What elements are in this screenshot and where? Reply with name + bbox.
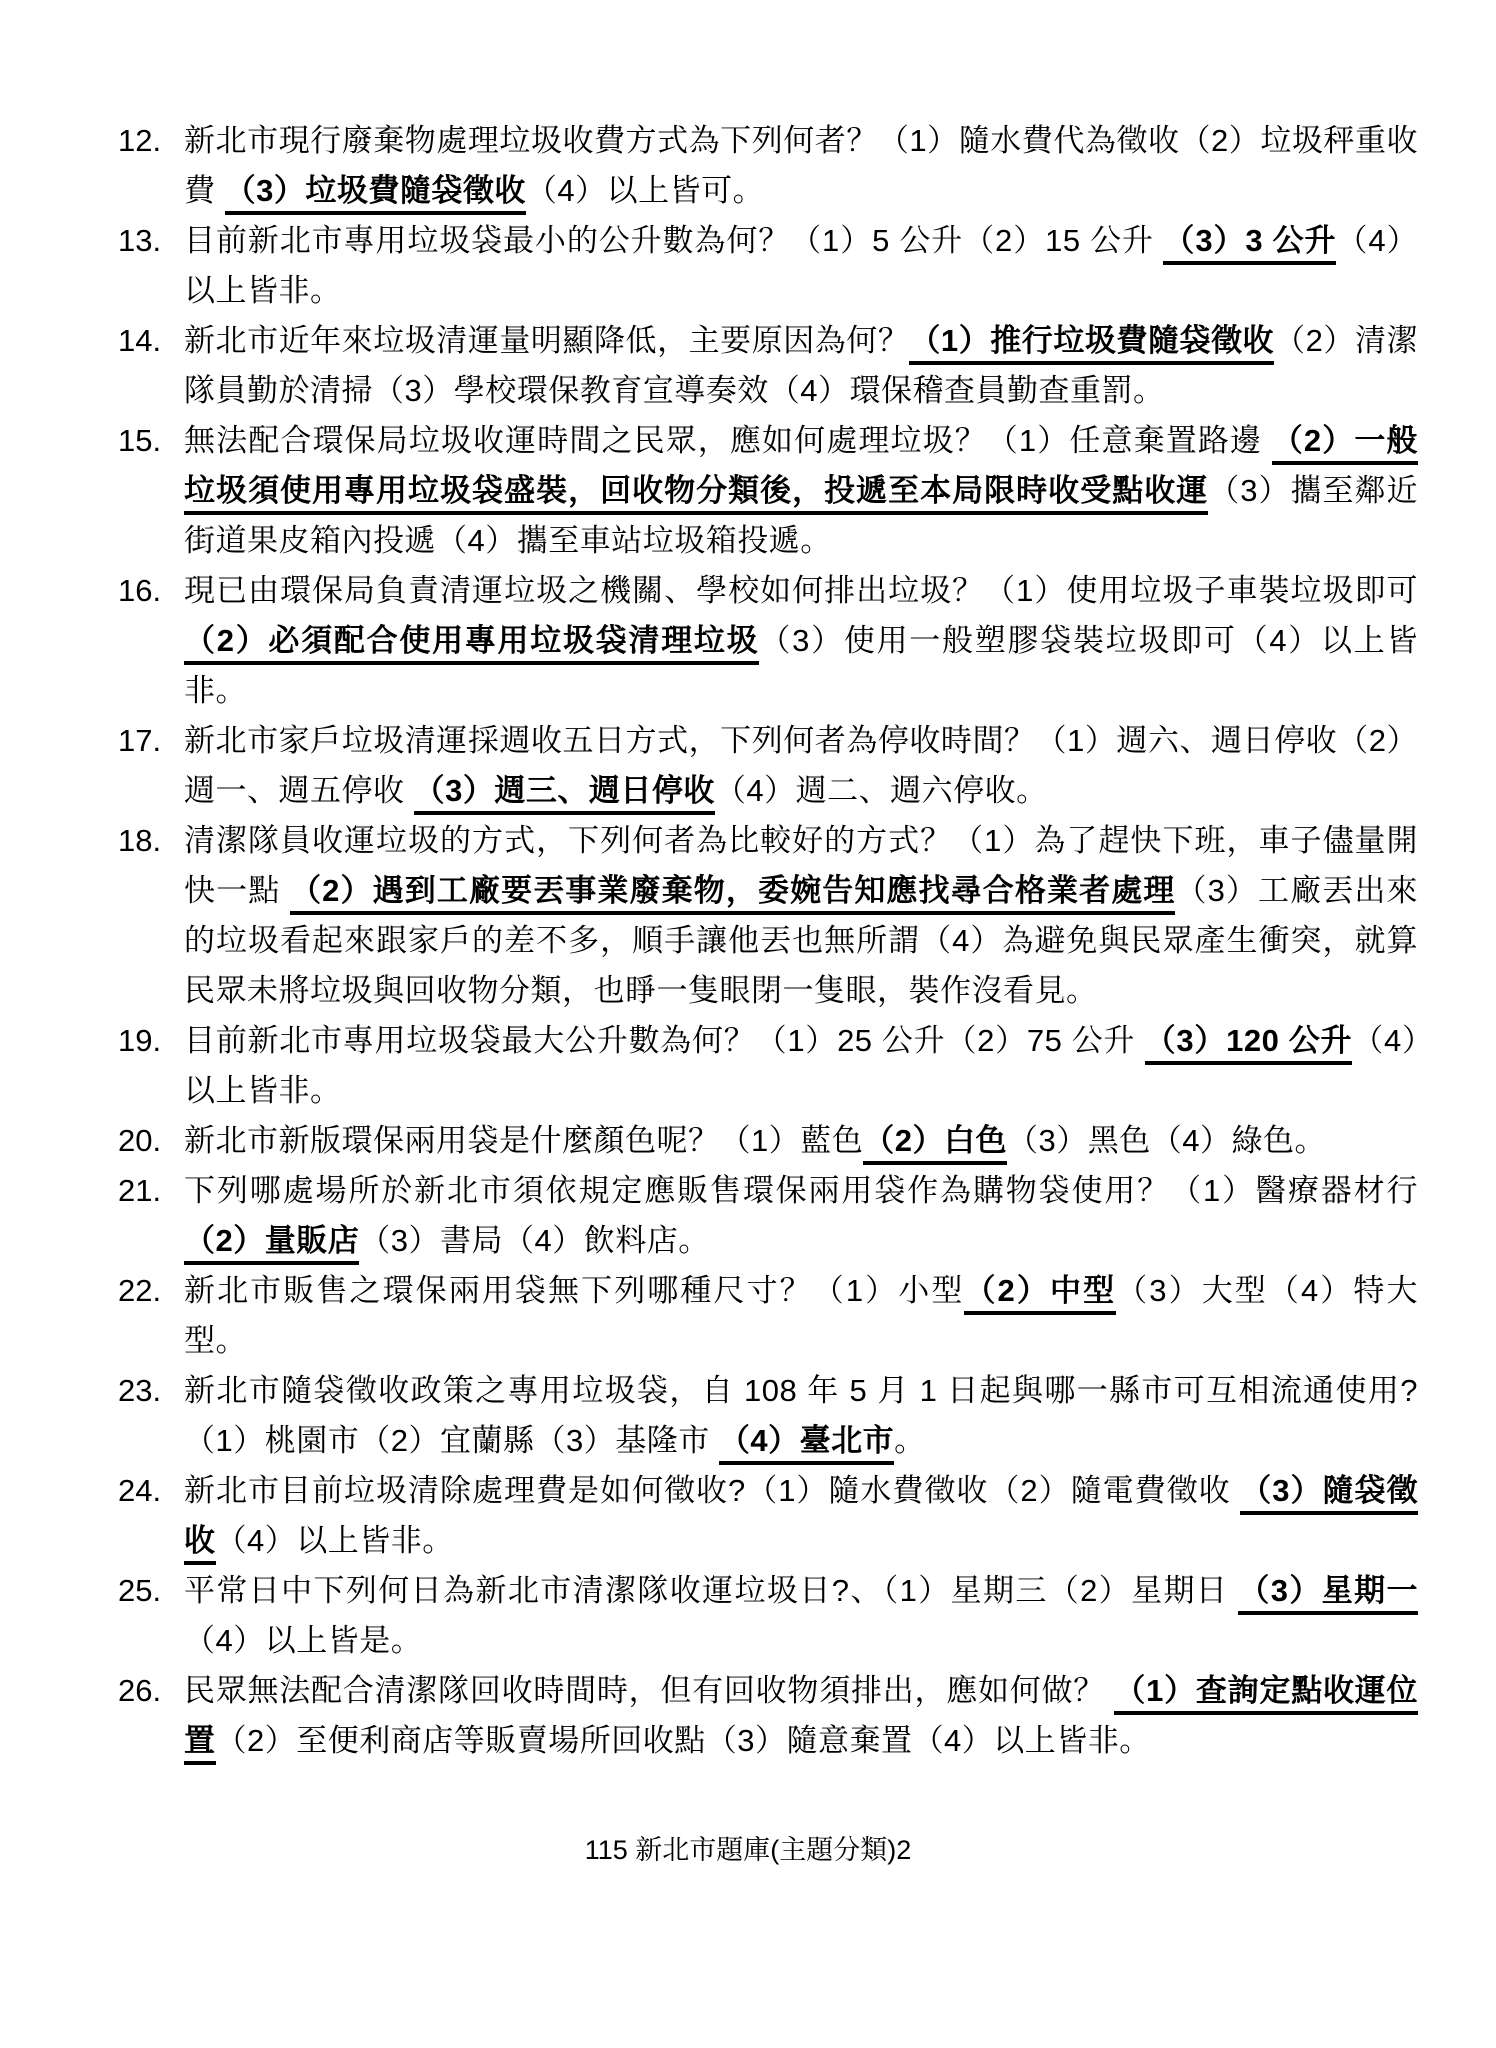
question-text: 新北市新版環保兩用袋是什麼顏色呢？（1）藍色（2）白色（3）黑色（4）綠色。	[184, 1116, 1418, 1166]
text-segment: 無法配合環保局垃圾收運時間之民眾，應如何處理垃圾？（1）任意棄置路邊	[184, 423, 1272, 458]
question-number: 23.	[118, 1366, 184, 1416]
text-segment: （2）至便利商店等販賣場所回收點（3）隨意棄置（4）以上皆非。	[216, 1723, 1151, 1758]
text-segment: 新北市目前垃圾清除處理費是如何徵收?（1）隨水費徵收（2）隨電費徵收	[184, 1473, 1240, 1508]
question-item: 12.新北市現行廢棄物處理垃圾收費方式為下列何者？（1）隨水費代為徵收（2）垃圾…	[118, 116, 1418, 216]
question-text: 現已由環保局負責清運垃圾之機關、學校如何排出垃圾？（1）使用垃圾子車裝垃圾即可（…	[184, 566, 1418, 716]
question-item: 24.新北市目前垃圾清除處理費是如何徵收?（1）隨水費徵收（2）隨電費徵收 （3…	[118, 1466, 1418, 1566]
answer-segment: （4）臺北市	[719, 1423, 894, 1465]
question-item: 20.新北市新版環保兩用袋是什麼顏色呢？（1）藍色（2）白色（3）黑色（4）綠色…	[118, 1116, 1418, 1166]
answer-segment: （2）白色	[863, 1123, 1007, 1165]
answer-segment: （3）星期一	[1238, 1573, 1418, 1615]
text-segment: 下列哪處場所於新北市須依規定應販售環保兩用袋作為購物袋使用？（1）醫療器材行	[184, 1173, 1418, 1208]
text-segment: 新北市近年來垃圾清運量明顯降低，主要原因為何？	[184, 323, 909, 358]
question-number: 16.	[118, 566, 184, 616]
question-list: 12.新北市現行廢棄物處理垃圾收費方式為下列何者？（1）隨水費代為徵收（2）垃圾…	[0, 0, 1496, 1766]
question-number: 22.	[118, 1266, 184, 1316]
text-segment: 新北市販售之環保兩用袋無下列哪種尺寸？（1）小型	[184, 1273, 964, 1308]
question-item: 18.清潔隊員收運垃圾的方式，下列何者為比較好的方式？（1）為了趕快下班，車子儘…	[118, 816, 1418, 1016]
question-text: 新北市隨袋徵收政策之專用垃圾袋，自 108 年 5 月 1 日起與哪一縣市可互相…	[184, 1366, 1418, 1466]
text-segment: 平常日中下列何日為新北市清潔隊收運垃圾日?、（1）星期三（2）星期日	[184, 1573, 1238, 1608]
question-text: 平常日中下列何日為新北市清潔隊收運垃圾日?、（1）星期三（2）星期日 （3）星期…	[184, 1566, 1418, 1666]
text-segment: （4）以上皆可。	[526, 173, 764, 208]
question-number: 14.	[118, 316, 184, 366]
text-segment: （3）黑色（4）綠色。	[1007, 1123, 1326, 1158]
text-segment: 現已由環保局負責清運垃圾之機關、學校如何排出垃圾？（1）使用垃圾子車裝垃圾即可	[184, 573, 1418, 608]
question-number: 12.	[118, 116, 184, 166]
question-item: 16.現已由環保局負責清運垃圾之機關、學校如何排出垃圾？（1）使用垃圾子車裝垃圾…	[118, 566, 1418, 716]
question-number: 13.	[118, 216, 184, 266]
text-segment: 民眾無法配合清潔隊回收時間時，但有回收物須排出，應如何做？	[184, 1673, 1114, 1708]
question-text: 新北市販售之環保兩用袋無下列哪種尺寸？（1）小型（2）中型（3）大型（4）特大型…	[184, 1266, 1418, 1366]
text-segment: （4）以上皆非。	[216, 1523, 454, 1558]
question-item: 26.民眾無法配合清潔隊回收時間時，但有回收物須排出，應如何做？ （1）查詢定點…	[118, 1666, 1418, 1766]
question-text: 下列哪處場所於新北市須依規定應販售環保兩用袋作為購物袋使用？（1）醫療器材行 （…	[184, 1166, 1418, 1266]
text-segment: 新北市新版環保兩用袋是什麼顏色呢？（1）藍色	[184, 1123, 863, 1158]
question-item: 14.新北市近年來垃圾清運量明顯降低，主要原因為何？（1）推行垃圾費隨袋徵收（2…	[118, 316, 1418, 416]
question-number: 21.	[118, 1166, 184, 1216]
question-text: 目前新北市專用垃圾袋最小的公升數為何？（1）5 公升（2）15 公升 （3）3 …	[184, 216, 1418, 316]
answer-segment: （2）中型	[964, 1273, 1116, 1315]
answer-segment: （2）量販店	[184, 1223, 359, 1265]
question-text: 新北市近年來垃圾清運量明顯降低，主要原因為何？（1）推行垃圾費隨袋徵收（2）清潔…	[184, 316, 1418, 416]
question-text: 清潔隊員收運垃圾的方式，下列何者為比較好的方式？（1）為了趕快下班，車子儘量開快…	[184, 816, 1418, 1016]
question-item: 21.下列哪處場所於新北市須依規定應販售環保兩用袋作為購物袋使用？（1）醫療器材…	[118, 1166, 1418, 1266]
answer-segment: （3）3 公升	[1163, 223, 1336, 265]
answer-segment: （3）120 公升	[1145, 1023, 1353, 1065]
question-text: 無法配合環保局垃圾收運時間之民眾，應如何處理垃圾？（1）任意棄置路邊 （2）一般…	[184, 416, 1418, 566]
answer-segment: （2）遇到工廠要丟事業廢棄物，委婉告知應找尋合格業者處理	[290, 873, 1175, 915]
document-page: { "page": { "footer": "115 新北市題庫(主題分類)2"…	[0, 0, 1496, 2048]
question-item: 13.目前新北市專用垃圾袋最小的公升數為何？（1）5 公升（2）15 公升 （3…	[118, 216, 1418, 316]
question-item: 25.平常日中下列何日為新北市清潔隊收運垃圾日?、（1）星期三（2）星期日 （3…	[118, 1566, 1418, 1666]
answer-segment: （1）推行垃圾費隨袋徵收	[909, 323, 1274, 365]
question-text: 新北市目前垃圾清除處理費是如何徵收?（1）隨水費徵收（2）隨電費徵收 （3）隨袋…	[184, 1466, 1418, 1566]
answer-segment: （2）必須配合使用專用垃圾袋清理垃圾	[184, 623, 759, 665]
text-segment: 目前新北市專用垃圾袋最小的公升數為何？（1）5 公升（2）15 公升	[184, 223, 1163, 258]
page-footer: 115 新北市題庫(主題分類)2	[0, 1833, 1496, 1867]
question-item: 22.新北市販售之環保兩用袋無下列哪種尺寸？（1）小型（2）中型（3）大型（4）…	[118, 1266, 1418, 1366]
question-text: 新北市家戶垃圾清運採週收五日方式，下列何者為停收時間？（1）週六、週日停收（2）…	[184, 716, 1418, 816]
text-segment: （3）書局（4）飲料店。	[359, 1223, 709, 1258]
question-number: 26.	[118, 1666, 184, 1716]
answer-segment: （3）垃圾費隨袋徵收	[225, 173, 526, 215]
text-segment: 目前新北市專用垃圾袋最大公升數為何？（1）25 公升（2）75 公升	[184, 1023, 1145, 1058]
question-number: 25.	[118, 1566, 184, 1616]
question-item: 15.無法配合環保局垃圾收運時間之民眾，應如何處理垃圾？（1）任意棄置路邊 （2…	[118, 416, 1418, 566]
question-text: 民眾無法配合清潔隊回收時間時，但有回收物須排出，應如何做？ （1）查詢定點收運位…	[184, 1666, 1418, 1766]
question-number: 20.	[118, 1116, 184, 1166]
question-number: 19.	[118, 1016, 184, 1066]
answer-segment: （3）週三、週日停收	[414, 773, 715, 815]
question-item: 23.新北市隨袋徵收政策之專用垃圾袋，自 108 年 5 月 1 日起與哪一縣市…	[118, 1366, 1418, 1466]
question-item: 19.目前新北市專用垃圾袋最大公升數為何？（1）25 公升（2）75 公升 （3…	[118, 1016, 1418, 1116]
text-segment: （4）以上皆是。	[184, 1623, 422, 1658]
text-segment: 。	[894, 1423, 926, 1458]
question-text: 目前新北市專用垃圾袋最大公升數為何？（1）25 公升（2）75 公升 （3）12…	[184, 1016, 1418, 1116]
question-number: 17.	[118, 716, 184, 766]
question-number: 15.	[118, 416, 184, 466]
question-item: 17.新北市家戶垃圾清運採週收五日方式，下列何者為停收時間？（1）週六、週日停收…	[118, 716, 1418, 816]
question-number: 18.	[118, 816, 184, 866]
question-number: 24.	[118, 1466, 184, 1516]
question-text: 新北市現行廢棄物處理垃圾收費方式為下列何者？（1）隨水費代為徵收（2）垃圾秤重收…	[184, 116, 1418, 216]
text-segment: （4）週二、週六停收。	[715, 773, 1048, 808]
